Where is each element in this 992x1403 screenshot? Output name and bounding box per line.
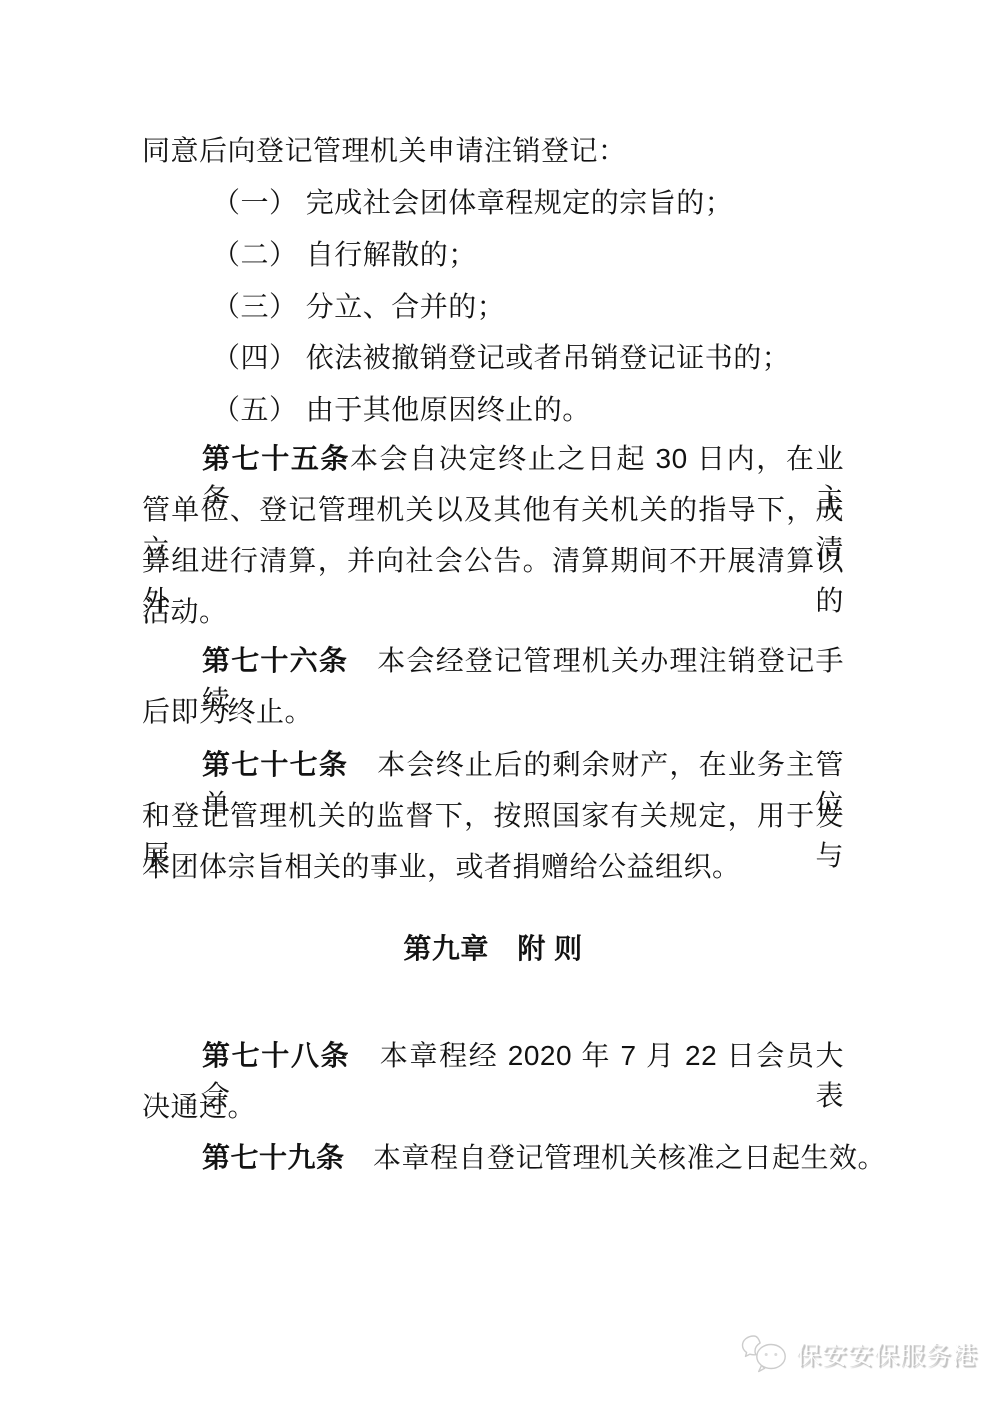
text-line: （三） 分立、合并的；	[142, 287, 844, 327]
watermark: 保安安保服务港	[741, 1334, 978, 1374]
text-line: 本团体宗旨相关的事业，或者捐赠给公益组织。	[142, 847, 844, 887]
run-text: 后即为终止。	[142, 696, 313, 727]
text-line: （五） 由于其他原因终止的。	[142, 390, 844, 430]
text-line: 决通过。	[142, 1087, 844, 1127]
text-line: 第七十九条 本章程自登记管理机关核准之日起生效。	[142, 1138, 844, 1178]
article-number: 第七十七条	[202, 749, 348, 780]
run-text: 决通过。	[142, 1091, 256, 1122]
run-text: （一） 完成社会团体章程规定的宗旨的；	[212, 187, 733, 218]
watermark-label: 保安安保服务港	[796, 1336, 978, 1372]
run-text: （二） 自行解散的；	[212, 239, 477, 270]
chapter-heading: 第九章 附 则	[142, 929, 844, 969]
text-line: 同意后向登记管理机关申请注销登记：	[142, 131, 844, 171]
text-line: （二） 自行解散的；	[142, 235, 844, 275]
document-page: 同意后向登记管理机关申请注销登记：（一） 完成社会团体章程规定的宗旨的；（二） …	[0, 0, 992, 1403]
text-line: （四） 依法被撤销登记或者吊销登记证书的；	[142, 338, 844, 378]
run-text: （三） 分立、合并的；	[212, 291, 505, 322]
run-text: （四） 依法被撤销登记或者吊销登记证书的；	[212, 342, 790, 373]
text-line: 后即为终止。	[142, 692, 844, 732]
article-number: 第九章 附 则	[403, 933, 582, 964]
article-number: 第七十五条	[202, 443, 350, 474]
run-text: （五） 由于其他原因终止的。	[212, 394, 591, 425]
article-number: 第七十六条	[202, 645, 348, 676]
run-text: 本章程自登记管理机关核准之日起生效。	[345, 1142, 887, 1173]
wechat-bubbles-icon	[741, 1334, 787, 1374]
run-text: 活动。	[142, 596, 228, 627]
text-line: （一） 完成社会团体章程规定的宗旨的；	[142, 183, 844, 223]
run-text: 本团体宗旨相关的事业，或者捐赠给公益组织。	[142, 851, 741, 882]
document-body: 同意后向登记管理机关申请注销登记：（一） 完成社会团体章程规定的宗旨的；（二） …	[142, 0, 844, 1403]
run-text: 同意后向登记管理机关申请注销登记：	[142, 135, 627, 166]
article-number: 第七十九条	[202, 1142, 345, 1173]
article-number: 第七十八条	[202, 1040, 350, 1071]
text-line: 活动。	[142, 592, 844, 632]
